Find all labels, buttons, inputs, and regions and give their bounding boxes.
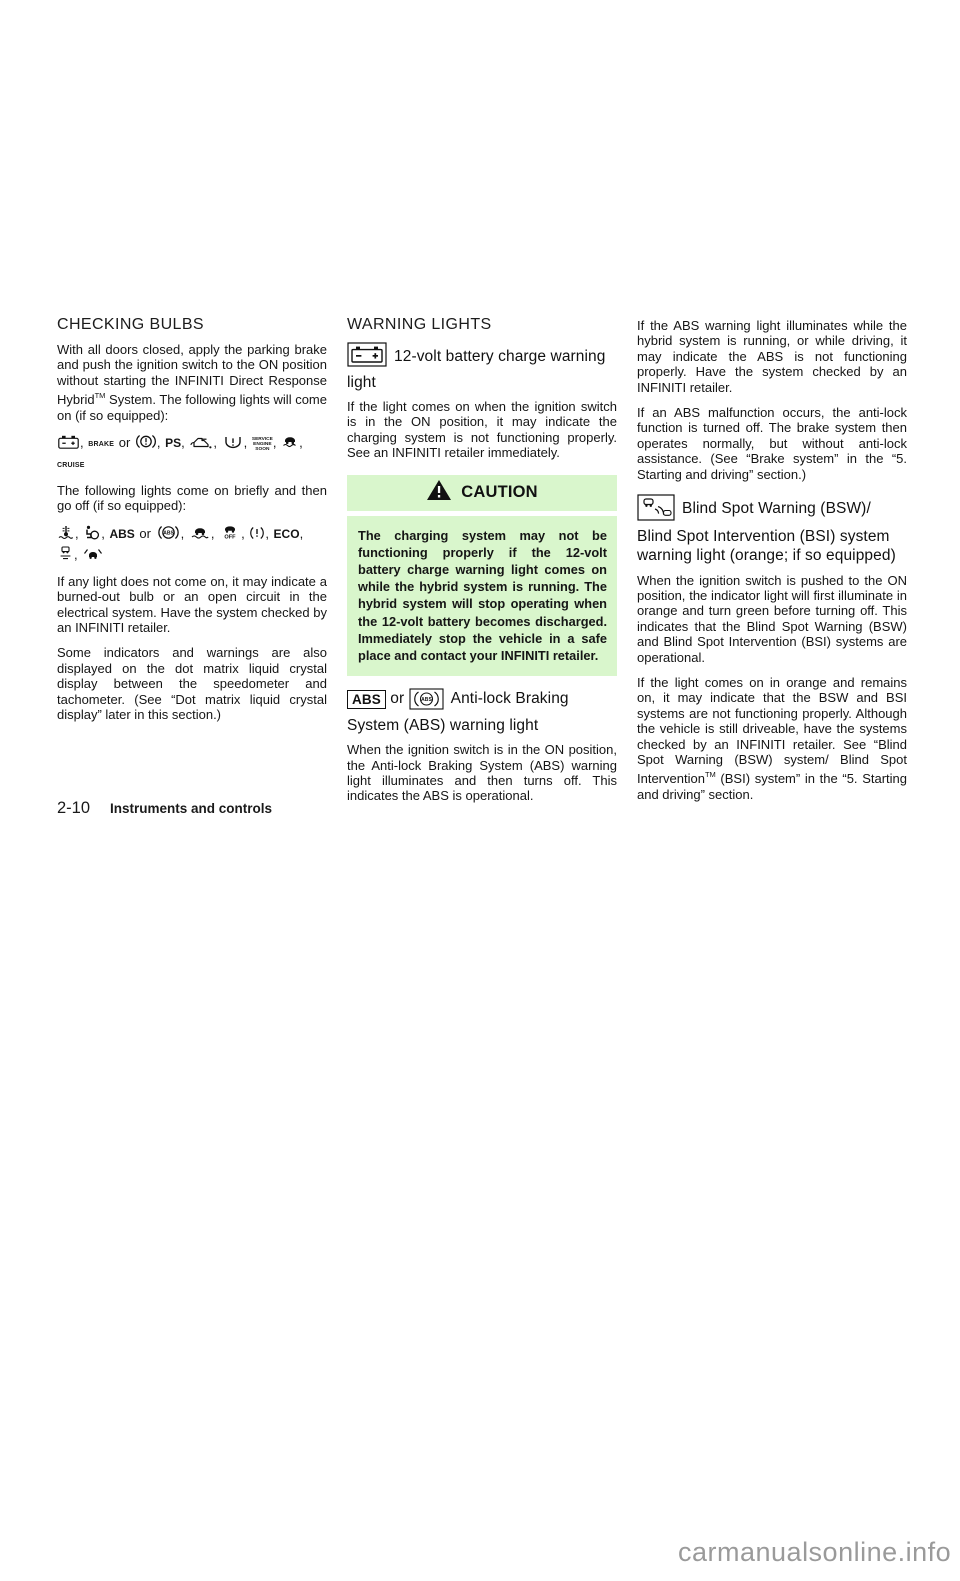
separator-text: ,: [241, 526, 249, 541]
paragraph: The following lights come on briefly and…: [57, 483, 327, 514]
vdc-off-icon: OFF: [220, 525, 240, 545]
oil-pressure-icon: [190, 435, 212, 454]
coolant-temperature-icon: [58, 525, 74, 545]
heading-text: Blind Spot Warning (BSW)/ Blind Spot Int…: [637, 500, 896, 564]
blind-spot-warning-box-icon: [637, 494, 675, 527]
separator-text: ,: [300, 526, 304, 541]
page-footer: 2-10 Instruments and controls: [57, 799, 272, 818]
battery-icon: [58, 435, 79, 454]
forward-collision-warning-icon: [83, 547, 103, 566]
bulb-icon-row: , BRAKE or , PS, , , SERVICEENGINESOON, …: [57, 433, 327, 454]
abs-warning-icon: ABS: [157, 525, 180, 545]
paragraph: If the light comes on in orange and rema…: [637, 675, 907, 802]
separator-text: or: [135, 526, 156, 541]
section-title-warning-lights: WARNING LIGHTS: [347, 316, 617, 333]
paragraph: When the ignition switch is pushed to th…: [637, 573, 907, 665]
caution-header: CAUTION: [347, 475, 617, 511]
column-warning-lights: WARNING LIGHTS 12-volt battery charge wa…: [347, 316, 617, 814]
separator-text: ,: [213, 435, 221, 450]
chapter-label: Instruments and controls: [110, 801, 272, 816]
airbag-icon: [84, 525, 100, 545]
column-abs-bsw: If the ABS warning light illuminates whi…: [637, 316, 907, 812]
caution-box: CAUTION The charging system may not be f…: [347, 475, 617, 677]
separator-text: ,: [211, 526, 219, 541]
heading-bsw-bsi-warning-light: Blind Spot Warning (BSW)/ Blind Spot Int…: [637, 494, 907, 566]
separator-text: ,: [244, 435, 252, 450]
vdc-slip-icon: [190, 526, 210, 545]
page-content: CHECKING BULBS With all doors closed, ap…: [57, 316, 907, 814]
caution-title: CAUTION: [461, 483, 538, 502]
bulb-icon-row: ,: [57, 545, 327, 566]
bulb-label: BRAKE: [88, 441, 114, 448]
caution-body: The charging system may not be functioni…: [347, 516, 617, 677]
caution-triangle-icon: [426, 479, 452, 506]
svg-text:OFF: OFF: [224, 534, 236, 539]
separator-text: ,: [299, 435, 303, 450]
paragraph: When the ignition switch is in the ON po…: [347, 742, 617, 804]
watermark-text: carmanualsonline.info: [678, 1537, 951, 1568]
separator-text: ,: [265, 526, 273, 541]
heading-text: or: [390, 690, 404, 707]
svg-text:ABS: ABS: [421, 697, 432, 703]
paragraph: If the light comes on when the ignition …: [347, 399, 617, 461]
svg-text:ABS: ABS: [163, 530, 174, 536]
separator-text: ,: [181, 435, 189, 450]
paragraph: If the ABS warning light illuminates whi…: [637, 318, 907, 395]
bulb-label: ABS: [109, 527, 134, 541]
separator-text: ,: [74, 547, 82, 562]
bulb-icon-row: , , ABS or ABS, , OFF, , ECO,: [57, 524, 327, 545]
separator-text: ,: [157, 435, 165, 450]
chassis-control-icon: [58, 546, 73, 566]
bulb-label: CRUISE: [57, 462, 85, 469]
paragraph: If an ABS malfunction occurs, the anti-l…: [637, 405, 907, 482]
separator-text: ,: [80, 435, 88, 450]
caution-text: The charging system may not be functioni…: [358, 527, 607, 665]
separator-text: ,: [181, 526, 189, 541]
battery-charge-warning-box-icon: [347, 342, 387, 373]
heading-abs-warning-light: ABS or ABSAnti-lock Braking System (ABS)…: [347, 688, 617, 735]
abs-text-box: ABS: [347, 690, 386, 709]
separator-text: ,: [273, 435, 281, 450]
slip-indicator-icon: [282, 435, 298, 454]
separator-text: ,: [75, 526, 83, 541]
low-tire-pressure-icon: [223, 435, 243, 454]
separator-text: or: [114, 435, 135, 450]
paragraph: With all doors closed, apply the parking…: [57, 342, 327, 423]
trademark-superscript: TM: [705, 770, 716, 779]
bulb-label: SERVICEENGINESOON: [252, 437, 273, 453]
paragraph: Some indicators and warnings are also di…: [57, 645, 327, 722]
heading-battery-warning-light: 12-volt battery charge warning light: [347, 342, 617, 392]
bulb-label: PS: [165, 436, 181, 450]
section-title-checking-bulbs: CHECKING BULBS: [57, 316, 327, 333]
abs-warning-box-icon: ABS: [409, 688, 444, 716]
brake-warning-icon: [136, 434, 156, 454]
page-number: 2-10: [57, 799, 90, 818]
column-checking-bulbs: CHECKING BULBS With all doors closed, ap…: [57, 316, 327, 733]
master-warning-icon: [250, 526, 264, 545]
trademark-superscript: TM: [95, 391, 106, 400]
bulb-label: ECO: [274, 527, 300, 541]
paragraph: If any light does not come on, it may in…: [57, 574, 327, 636]
paragraph-text: If the light comes on in orange and rema…: [637, 675, 907, 786]
bulb-icon-row: CRUISE: [57, 454, 327, 475]
